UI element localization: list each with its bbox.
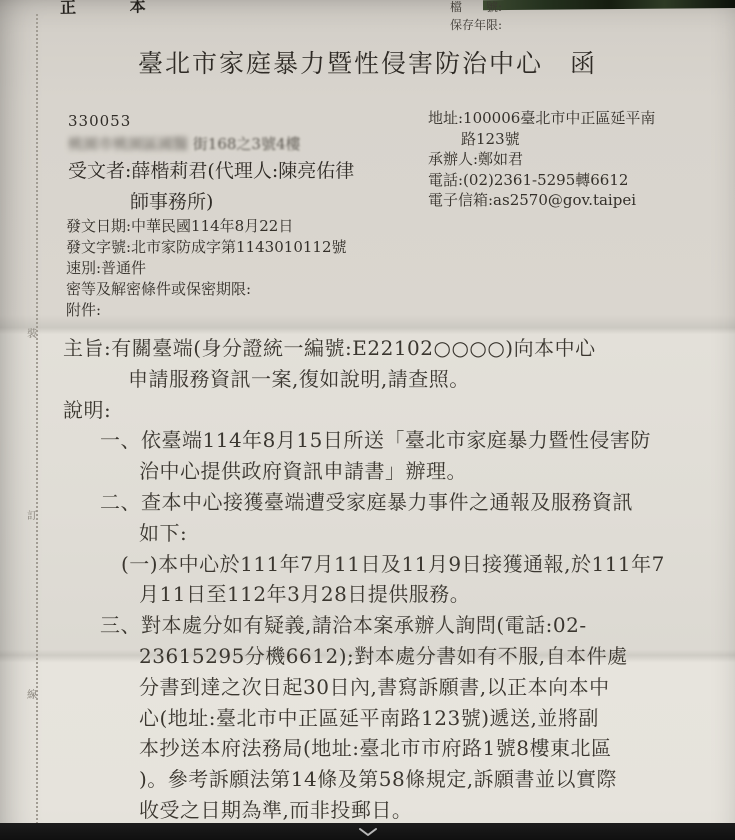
recipient-zip-code: 330053 <box>68 112 354 130</box>
letter-body: 主旨:有關臺端(身分證統一編號:E22102○○○○)向本中心 申請服務資訊一案… <box>0 333 735 826</box>
doc-number: 發文字號:北市家防成字第1143010112號 <box>66 237 347 258</box>
subject-line-wrap: 申請服務資訊一案,復如說明,請查照。 <box>128 364 735 395</box>
scanned-official-letter: 裝 訂 線 正 本 檔 號: 保存年限: 臺北市家庭暴力暨性侵害防治中心 函 3… <box>0 0 735 840</box>
retention-label: 保存年限: <box>450 16 502 34</box>
document-meta-block: 發文日期:中華民國114年8月22日 發文字號:北市家防成字第114301011… <box>66 216 347 321</box>
agency-email: 電子信箱:as2570@gov.taipei <box>428 190 655 211</box>
body-line: 三、對本處分如有疑義,請洽本案承辦人詢問(電話:02- <box>100 610 735 641</box>
body-line: )。參考訴願法第14條及第58條規定,訴願書並以實際 <box>139 764 735 795</box>
body-line: 治中心提供政府資訊申請書」辦理。 <box>139 456 735 487</box>
secrecy-class: 密等及解密條件或保密期限: <box>66 279 347 300</box>
body-line: 心(地址:臺北市中正區延平南路123號)遞送,並將副 <box>139 703 735 734</box>
viewer-bottom-bar <box>0 823 735 840</box>
recipient-line-1: 受文者:薛楷莉君(代理人:陳亮佑律 <box>68 157 354 185</box>
redacted-text-partial: 街168之3號4樓 <box>193 135 301 153</box>
photo-background-edge <box>483 0 735 10</box>
agency-address-line-1: 地址:100006臺北市中正區延平南 <box>428 108 655 129</box>
recipient-line-2: 師事務所) <box>130 188 354 216</box>
recipient-address-redacted: 桃園市桃園區國醫 街168之3號4樓 <box>68 133 354 154</box>
file-no-label: 檔 號: <box>450 0 502 16</box>
recipient-block: 330053 桃園市桃園區國醫 街168之3號4樓 受文者:薛楷莉君(代理人:陳… <box>68 112 354 216</box>
agency-phone: 電話:(02)2361-5295轉6612 <box>428 170 655 191</box>
explanation-heading: 說明: <box>63 395 735 426</box>
chevron-down-icon[interactable] <box>358 827 378 837</box>
body-line: 分書到達之次日起30日內,書寫訴願書,以正本向本中 <box>139 672 735 703</box>
page-title: 臺北市家庭暴力暨性侵害防治中心 函 <box>0 44 735 80</box>
issue-date: 發文日期:中華民國114年8月22日 <box>66 216 347 237</box>
body-line: 23615295分機6612);對本處分書如有不服,自本件處 <box>139 641 735 672</box>
redacted-text: 桃園市桃園區國醫 <box>68 135 188 153</box>
body-line: 如下: <box>139 518 735 549</box>
attachment-label: 附件: <box>66 300 347 321</box>
subject-line: 主旨:有關臺端(身分證統一編號:E22102○○○○)向本中心 <box>63 333 735 364</box>
agency-address-line-2: 路123號 <box>461 129 655 150</box>
speed-class: 速別:普通件 <box>66 258 347 279</box>
body-line: 收受之日期為準,而非投郵日。 <box>139 795 735 826</box>
agency-officer: 承辦人:鄭如君 <box>428 149 655 170</box>
body-line: 月11日至112年3月28日提供服務。 <box>139 579 735 610</box>
body-line: 一、依臺端114年8月15日所送「臺北市家庭暴力暨性侵害防 <box>100 425 735 456</box>
file-header-labels: 檔 號: 保存年限: <box>450 0 502 34</box>
body-line: (一)本中心於111年7月11日及11月9日接獲通報,於111年7 <box>121 549 735 580</box>
body-line: 本抄送本府法務局(地址:臺北市市府路1號8樓東北區 <box>139 733 735 764</box>
agency-contact-block: 地址:100006臺北市中正區延平南 路123號 承辦人:鄭如君 電話:(02)… <box>428 108 655 211</box>
copy-stamp: 正 本 <box>60 0 170 18</box>
body-line: 二、查本中心接獲臺端遭受家庭暴力事件之通報及服務資訊 <box>100 487 735 518</box>
